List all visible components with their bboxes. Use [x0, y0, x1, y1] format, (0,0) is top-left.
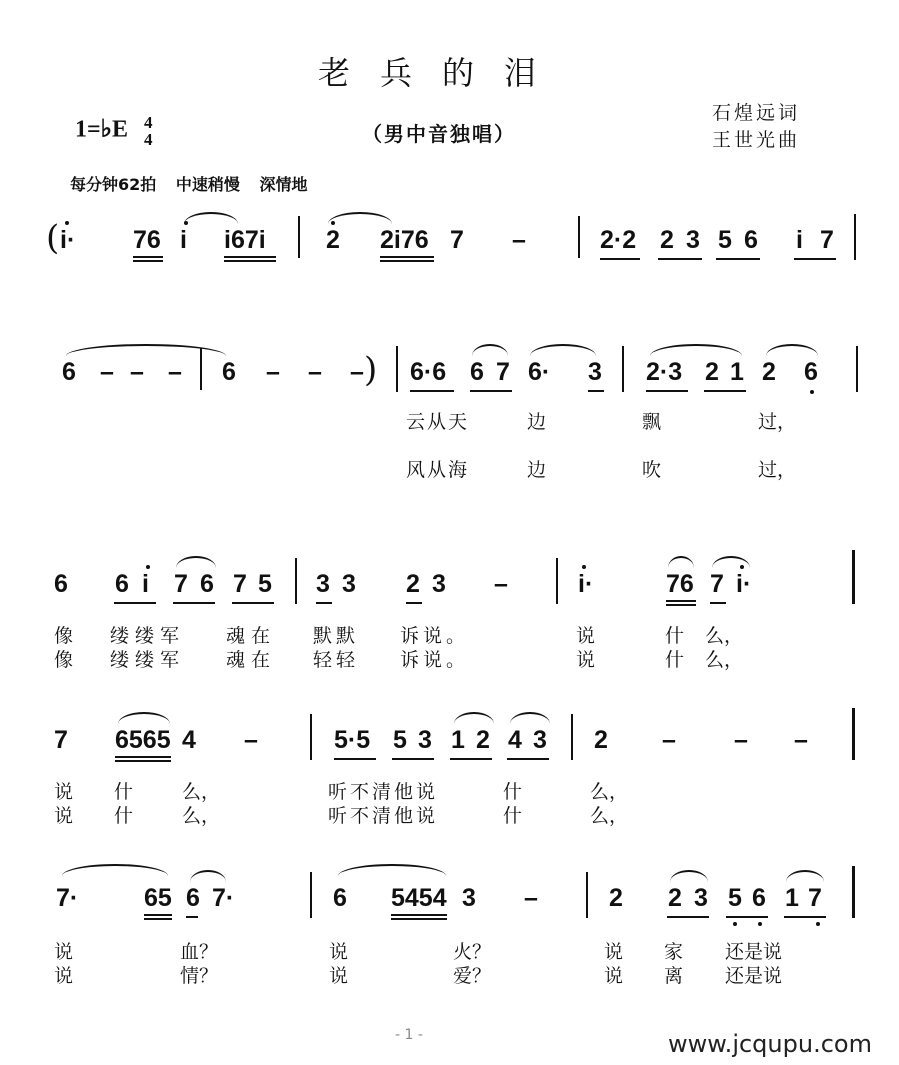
note: 7: [450, 226, 464, 254]
note: 6: [200, 570, 214, 598]
lyric: 还是说: [725, 940, 782, 964]
lyric: 吹: [642, 458, 661, 482]
lyric: 么，: [705, 624, 743, 648]
note: 5: [718, 226, 732, 254]
note: i: [142, 570, 149, 598]
note: 3: [462, 884, 476, 912]
slur: [184, 212, 238, 224]
underline: [186, 916, 198, 918]
lyric: 说: [604, 940, 623, 964]
lyric: 魂在: [226, 648, 276, 672]
lyric: 么，: [590, 804, 628, 828]
dash: –: [244, 726, 258, 754]
slur: [328, 212, 392, 224]
dash: –: [308, 358, 322, 386]
dash: –: [494, 570, 508, 598]
barline: [854, 214, 856, 260]
lyric: 默默: [313, 624, 359, 648]
intro-close-paren: ): [364, 350, 377, 390]
note: 1: [785, 884, 799, 912]
lyric: 说: [54, 780, 73, 804]
tempo-marking: 每分钟62拍 中速稍慢 深情地: [70, 172, 321, 195]
underline: [667, 916, 709, 918]
note: 6: [470, 358, 484, 386]
tie: [66, 344, 226, 356]
lyric: 边: [527, 410, 546, 434]
barline: [586, 872, 588, 918]
underline: [224, 260, 276, 262]
slur: [650, 344, 742, 356]
note: 5·5: [334, 726, 370, 754]
lyric: 说: [54, 804, 73, 828]
lyric: 说: [604, 964, 623, 988]
lyric: 火？: [453, 940, 491, 964]
lyric: 云从天: [406, 410, 469, 434]
lyric: 什: [665, 648, 684, 672]
slur: [786, 870, 824, 882]
lyricist: 石煌远词: [712, 100, 800, 127]
slur: [454, 712, 494, 724]
note: 2: [594, 726, 608, 754]
barline: [295, 558, 297, 604]
underline: [392, 758, 434, 760]
underline: [726, 916, 768, 918]
underline: [115, 760, 171, 762]
note: 7: [496, 358, 510, 386]
note: 1: [730, 358, 744, 386]
underline: [115, 756, 171, 758]
underline: [704, 390, 746, 392]
underline: [316, 602, 332, 604]
note: 6·: [528, 358, 550, 386]
underline: [144, 914, 172, 916]
lyric: 诉说。: [400, 624, 469, 648]
tempo-bpm: 每分钟62拍: [70, 175, 156, 194]
slur: [530, 344, 596, 356]
note: 7: [174, 570, 188, 598]
barline: [852, 708, 855, 760]
note: 1: [451, 726, 465, 754]
dash: –: [350, 358, 364, 386]
lyric: 什: [114, 804, 133, 828]
note: 2: [705, 358, 719, 386]
note: 2: [660, 226, 674, 254]
note: i: [796, 226, 803, 254]
lyric: 魂在: [226, 624, 276, 648]
note: 7: [233, 570, 247, 598]
slur: [472, 344, 508, 356]
underline: [173, 602, 215, 604]
note: 2·3: [646, 358, 682, 386]
note: 3: [432, 570, 446, 598]
note: 65: [144, 884, 172, 912]
slur: [668, 556, 694, 568]
lyric: 什: [503, 780, 522, 804]
high-octave-dot: [740, 565, 744, 569]
note: 6: [752, 884, 766, 912]
note: 4: [182, 726, 196, 754]
credits: 石煌远词 王世光曲: [712, 100, 800, 154]
dash: –: [524, 884, 538, 912]
lyric: 过，: [758, 410, 796, 434]
lyric: 边: [527, 458, 546, 482]
underline: [658, 258, 702, 260]
note: 7·: [212, 884, 234, 912]
underline: [406, 602, 422, 604]
underline: [600, 258, 640, 260]
composer: 王世光曲: [712, 127, 800, 154]
lyric: 说: [576, 648, 595, 672]
underline: [588, 390, 604, 392]
lyric: 像: [54, 624, 73, 648]
dash: –: [662, 726, 676, 754]
dash: –: [794, 726, 808, 754]
slur: [118, 712, 170, 724]
slur: [712, 556, 750, 568]
underline: [450, 758, 492, 760]
underline: [133, 256, 163, 258]
barline: [622, 346, 624, 392]
lyric: 什: [114, 780, 133, 804]
note: 2i76: [380, 226, 429, 254]
barline: [856, 346, 858, 392]
tempo-expression: 深情地: [259, 175, 307, 194]
note: 3: [418, 726, 432, 754]
dash: –: [512, 226, 526, 254]
low-octave-dot: [810, 390, 814, 394]
lyric: 么，: [182, 780, 220, 804]
lyric: 爱？: [453, 964, 491, 988]
note: 2: [406, 570, 420, 598]
underline: [391, 918, 447, 920]
note: i: [180, 226, 187, 254]
lyric: 缕缕军: [110, 648, 185, 672]
lyric: 血？: [180, 940, 218, 964]
underline: [666, 604, 696, 606]
dash: –: [168, 358, 182, 386]
note: 76: [133, 226, 161, 254]
note: 6: [333, 884, 347, 912]
underline: [232, 602, 274, 604]
underline: [646, 390, 688, 392]
slur: [766, 344, 818, 356]
note: 7: [710, 570, 724, 598]
lyric: 说: [576, 624, 595, 648]
lyric: 风从海: [406, 458, 469, 482]
lyric: 说: [54, 964, 73, 988]
underline: [380, 260, 434, 262]
underline: [716, 258, 760, 260]
dash: –: [734, 726, 748, 754]
barline: [556, 558, 558, 604]
key-label: 1=♭E: [75, 117, 128, 143]
underline: [507, 758, 549, 760]
underline: [144, 918, 172, 920]
tie: [62, 864, 168, 876]
tempo-speed: 中速稍慢: [176, 175, 240, 194]
underline: [410, 390, 454, 392]
note: 5454: [391, 884, 447, 912]
slur: [338, 864, 446, 876]
performance-type: （男中音独唱）: [362, 118, 516, 147]
lyric: 说: [329, 940, 348, 964]
lyric: 听不清他说: [328, 780, 438, 804]
note: 6: [62, 358, 76, 386]
slur: [176, 556, 216, 568]
lyric: 像: [54, 648, 73, 672]
note: 7: [54, 726, 68, 754]
underline: [666, 600, 696, 602]
note: 3: [694, 884, 708, 912]
underline: [470, 390, 512, 392]
barline: [396, 346, 398, 392]
note: 2: [762, 358, 776, 386]
lyric: 情？: [180, 964, 218, 988]
lyric: 么，: [182, 804, 220, 828]
high-octave-dot: [582, 565, 586, 569]
lyric: 说: [54, 940, 73, 964]
low-octave-dot: [816, 922, 820, 926]
slur: [670, 870, 708, 882]
note: 5: [728, 884, 742, 912]
underline: [380, 256, 434, 258]
page-number: - 1 -: [395, 1027, 423, 1043]
note: 6: [186, 884, 200, 912]
note: i·: [736, 570, 751, 598]
underline: [794, 258, 836, 260]
low-octave-dot: [758, 922, 762, 926]
lyric: 过，: [758, 458, 796, 482]
note: 3: [316, 570, 330, 598]
underline: [133, 260, 163, 262]
note: 6565: [115, 726, 171, 754]
note: 6·6: [410, 358, 446, 386]
lyric: 什: [503, 804, 522, 828]
barline: [852, 550, 855, 604]
barline: [571, 714, 573, 760]
lyric: 诉说。: [400, 648, 469, 672]
note: 2: [326, 226, 340, 254]
lyric: 离: [664, 964, 683, 988]
note: 4: [508, 726, 522, 754]
note: 3: [533, 726, 547, 754]
slur: [190, 870, 226, 882]
note: 6: [744, 226, 758, 254]
note: 2: [476, 726, 490, 754]
note: 7: [820, 226, 834, 254]
lyric: 飘: [642, 410, 661, 434]
barline: [310, 872, 312, 918]
note: i·: [60, 226, 75, 254]
dash: –: [130, 358, 144, 386]
note: 3: [588, 358, 602, 386]
lyric: 什: [665, 624, 684, 648]
lyric: 轻轻: [313, 648, 359, 672]
note: 5: [393, 726, 407, 754]
note: 2: [609, 884, 623, 912]
lyric: 缕缕军: [110, 624, 185, 648]
barline: [852, 866, 855, 918]
dash: –: [100, 358, 114, 386]
underline: [334, 758, 376, 760]
lyric: 家: [664, 940, 683, 964]
note: 6: [804, 358, 818, 386]
barline: [310, 714, 312, 760]
song-title: 老兵的泪: [318, 48, 566, 94]
barline: [578, 216, 580, 258]
underline: [224, 256, 276, 258]
underline: [784, 916, 826, 918]
note: i67i: [224, 226, 266, 254]
lyric: 还是说: [725, 964, 782, 988]
slur: [510, 712, 550, 724]
time-sig-top: 4: [144, 114, 153, 131]
underline: [391, 914, 447, 916]
note: 6: [54, 570, 68, 598]
note: 3: [686, 226, 700, 254]
note: 76: [666, 570, 694, 598]
note: i·: [578, 570, 593, 598]
note: 2·2: [600, 226, 636, 254]
barline: [298, 216, 300, 258]
lyric: 说: [329, 964, 348, 988]
note: 7: [808, 884, 822, 912]
note: 3: [342, 570, 356, 598]
note: 6: [115, 570, 129, 598]
high-octave-dot: [146, 565, 150, 569]
underline: [114, 602, 156, 604]
key-signature: 1=♭E 4 4: [75, 114, 153, 148]
lyric: 听不清他说: [328, 804, 438, 828]
time-sig-bottom: 4: [144, 131, 153, 148]
intro-open-paren: (: [46, 218, 59, 258]
lyric: 么，: [705, 648, 743, 672]
time-signature: 4 4: [144, 114, 153, 148]
note: 6: [222, 358, 236, 386]
high-octave-dot: [65, 221, 69, 225]
lyric: 么，: [590, 780, 628, 804]
note: 2: [668, 884, 682, 912]
note: 5: [258, 570, 272, 598]
note: 7·: [56, 884, 78, 912]
low-octave-dot: [733, 922, 737, 926]
barline: [200, 348, 202, 390]
website-watermark: www.jcqupu.com: [668, 1030, 872, 1058]
underline: [710, 602, 726, 604]
dash: –: [266, 358, 280, 386]
